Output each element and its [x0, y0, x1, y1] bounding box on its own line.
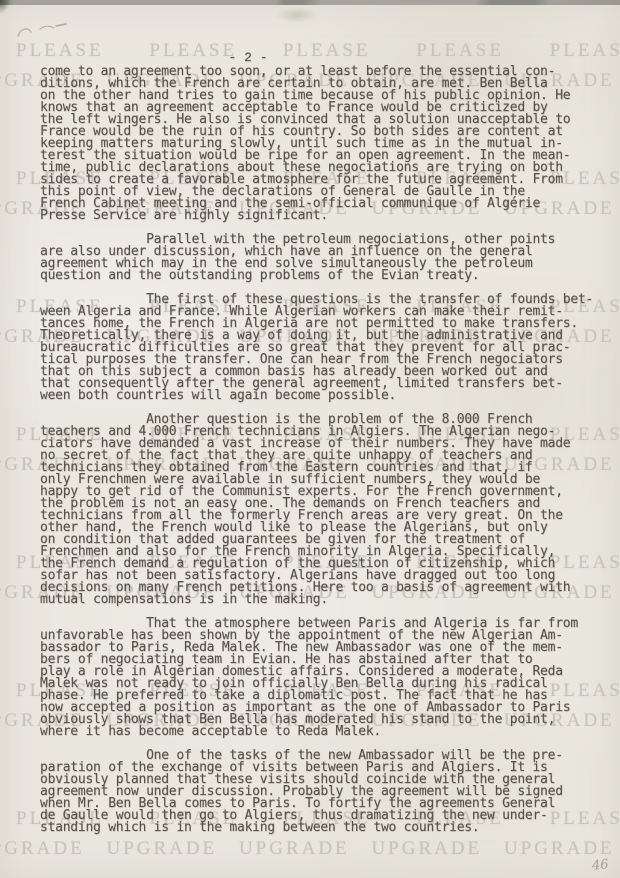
- document-text: come to an agreement too soon, or at lea…: [40, 66, 593, 846]
- paragraph: Parallel with the petroleum negociations…: [40, 234, 593, 282]
- top-smudge: [276, 7, 318, 23]
- paragraph: The first of these questions is the tran…: [40, 294, 593, 402]
- scanned-document-page: PLEASE PLEASE PLEASE PLEASE PLEASE UPGRA…: [0, 0, 620, 878]
- paragraph: That the atmosphere between Paris and Al…: [40, 618, 593, 738]
- paragraph: Another question is the problem of the 8…: [40, 414, 593, 606]
- page-number: - 2 -: [188, 50, 308, 65]
- scan-edge-strip: [0, 0, 620, 5]
- paragraph: One of the tasks of the new Ambassador w…: [40, 750, 593, 834]
- corner-smudge: [0, 0, 10, 13]
- pencil-annotation: 46: [591, 857, 609, 874]
- paragraph: come to an agreement too soon, or at lea…: [40, 66, 593, 222]
- watermark-row-please: PLEASE PLEASE PLEASE PLEASE PLEASE: [16, 40, 620, 62]
